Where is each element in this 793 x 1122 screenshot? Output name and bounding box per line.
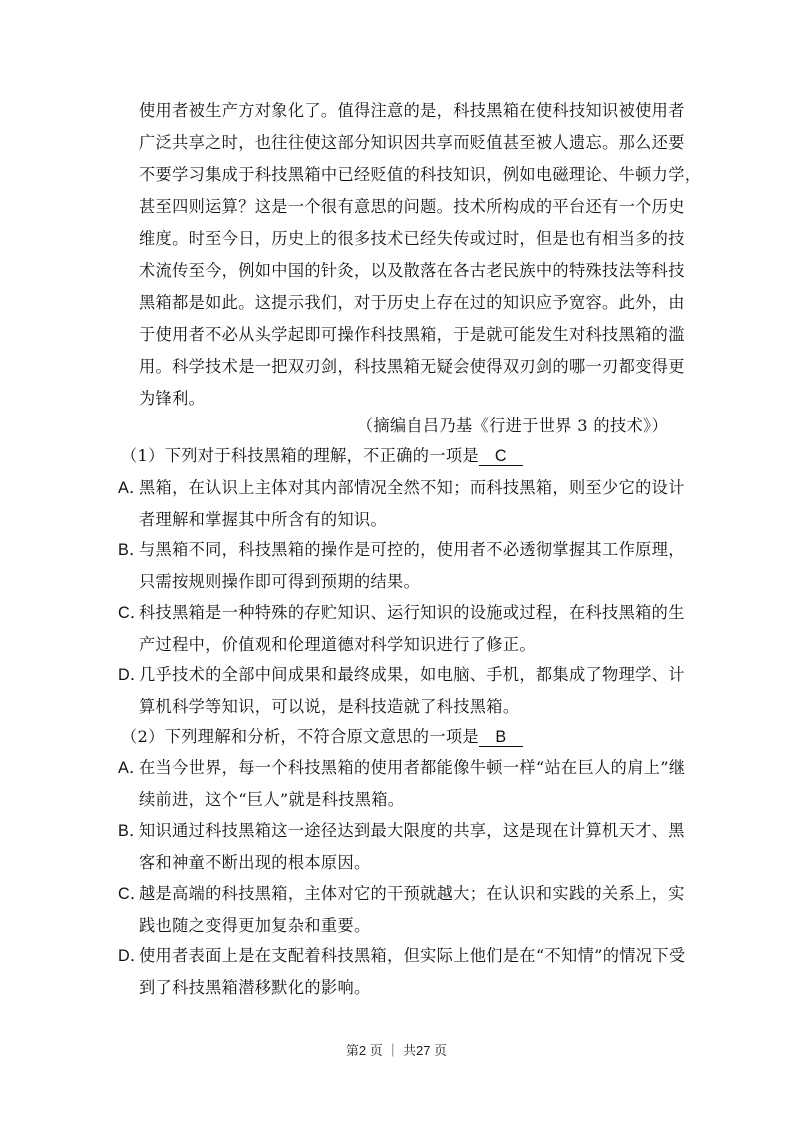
passage-line: 广泛共享之时，也往往使这部分知识因共享而贬值甚至被人遗忘。那么还要 (139, 133, 685, 153)
option-a: A．黑箱，在认识上主体对其内部情况全然不知；而科技黑箱，则至少它的设计 (118, 478, 685, 498)
answer-blank: B (479, 728, 523, 747)
option-label: A． (118, 758, 139, 778)
option-a-cont: 者理解和掌握其中所含有的知识。 (139, 510, 387, 530)
passage-line: 黑箱都是如此。这提示我们，对于历史上存在过的知识应予宽容。此外，由 (139, 293, 685, 313)
option-b-cont: 只需按规则操作即可得到预期的结果。 (139, 572, 420, 592)
page-footer: 第2 页 ｜ 共27 页 (0, 1040, 793, 1059)
option-c-cont: 践也随之变得更加复杂和重要。 (139, 916, 371, 936)
option-text: 几乎技术的全部中间成果和最终成果，如电脑、手机，都集成了物理学、计 (139, 665, 685, 684)
option-label: B． (118, 821, 139, 841)
option-text: 与黑箱不同，科技黑箱的操作是可控的，使用者不必透彻掌握其工作原理， (139, 540, 685, 559)
option-text: 黑箱，在认识上主体对其内部情况全然不知；而科技黑箱，则至少它的设计 (139, 478, 685, 497)
passage-source: （摘编自吕乃基《行进于世界 3 的技术》） (357, 416, 668, 436)
document-page: 使用者被生产方对象化了。值得注意的是，科技黑箱在使科技知识被使用者 广泛共享之时… (0, 0, 793, 1122)
option-text: 越是高端的科技黑箱，主体对它的干预就越大；在认识和实践的关系上，实 (139, 884, 685, 903)
option-d: D．几乎技术的全部中间成果和最终成果，如电脑、手机，都集成了物理学、计 (118, 665, 685, 685)
passage-line: 术流传至今，例如中国的针灸，以及散落在各古老民族中的特殊技法等科技 (139, 261, 685, 281)
question-prompt-text: （1）下列对于科技黑箱的理解，不正确的一项是 (121, 446, 479, 465)
option-c-cont: 产过程中，价值观和伦理道德对科学知识进行了修正。 (139, 635, 536, 655)
option-c: C．科技黑箱是一种特殊的存贮知识、运行知识的设施或过程，在科技黑箱的生 (118, 603, 685, 623)
option-b: B．与黑箱不同，科技黑箱的操作是可控的，使用者不必透彻掌握其工作原理， (118, 540, 685, 560)
passage-line: 甚至四则运算？这是一个很有意思的问题。技术所构成的平台还有一个历史 (139, 197, 685, 217)
option-text: 科技黑箱是一种特殊的存贮知识、运行知识的设施或过程，在科技黑箱的生 (139, 603, 685, 622)
option-label: B． (118, 540, 139, 560)
option-b: B．知识通过科技黑箱这一途径达到最大限度的共享，这是现在计算机天才、黑 (118, 821, 685, 841)
option-label: C． (118, 884, 139, 904)
passage-line: 于使用者不必从头学起即可操作科技黑箱，于是就可能发生对科技黑箱的滥 (139, 325, 685, 345)
option-c: C．越是高端的科技黑箱，主体对它的干预就越大；在认识和实践的关系上，实 (118, 884, 685, 904)
option-label: D． (118, 665, 139, 685)
option-a: A．在当今世界，每一个科技黑箱的使用者都能像牛顿一样“站在巨人的肩上”继 (118, 758, 685, 778)
option-text: 在当今世界，每一个科技黑箱的使用者都能像牛顿一样“站在巨人的肩上”继 (139, 758, 685, 777)
option-label: A． (118, 478, 139, 498)
passage-line: 用。科学技术是一把双刃剑，科技黑箱无疑会使得双刃剑的哪一刃都变得更 (139, 357, 685, 377)
question-prompt: （1）下列对于科技黑箱的理解，不正确的一项是C (121, 446, 523, 466)
question-prompt: （2）下列理解和分析，不符合原文意思的一项是B (121, 727, 523, 747)
option-d-cont: 算机科学等知识，可以说，是科技造就了科技黑箱。 (139, 697, 519, 717)
option-text: 知识通过科技黑箱这一途径达到最大限度的共享，这是现在计算机天才、黑 (139, 821, 685, 840)
option-label: C． (118, 603, 139, 623)
passage-line: 维度。时至今日，历史上的很多技术已经失传或过时，但是也有相当多的技 (139, 229, 685, 249)
option-label: D． (118, 946, 139, 966)
passage-line: 使用者被生产方对象化了。值得注意的是，科技黑箱在使科技知识被使用者 (139, 101, 685, 121)
option-d-cont: 到了科技黑箱潜移默化的影响。 (139, 978, 371, 998)
answer-blank: C (479, 447, 523, 466)
option-d: D．使用者表面上是在支配着科技黑箱，但实际上他们是在“不知情”的情况下受 (118, 946, 685, 966)
passage-line: 不要学习集成于科技黑箱中已经贬值的科技知识，例如电磁理论、牛顿力学， (139, 165, 701, 185)
option-text: 使用者表面上是在支配着科技黑箱，但实际上他们是在“不知情”的情况下受 (139, 946, 685, 965)
passage-line: 为锋利。 (139, 389, 205, 409)
question-prompt-text: （2）下列理解和分析，不符合原文意思的一项是 (121, 727, 479, 746)
option-b-cont: 客和神童不断出现的根本原因。 (139, 853, 371, 873)
option-a-cont: 续前进，这个“巨人”就是科技黑箱。 (139, 790, 404, 810)
